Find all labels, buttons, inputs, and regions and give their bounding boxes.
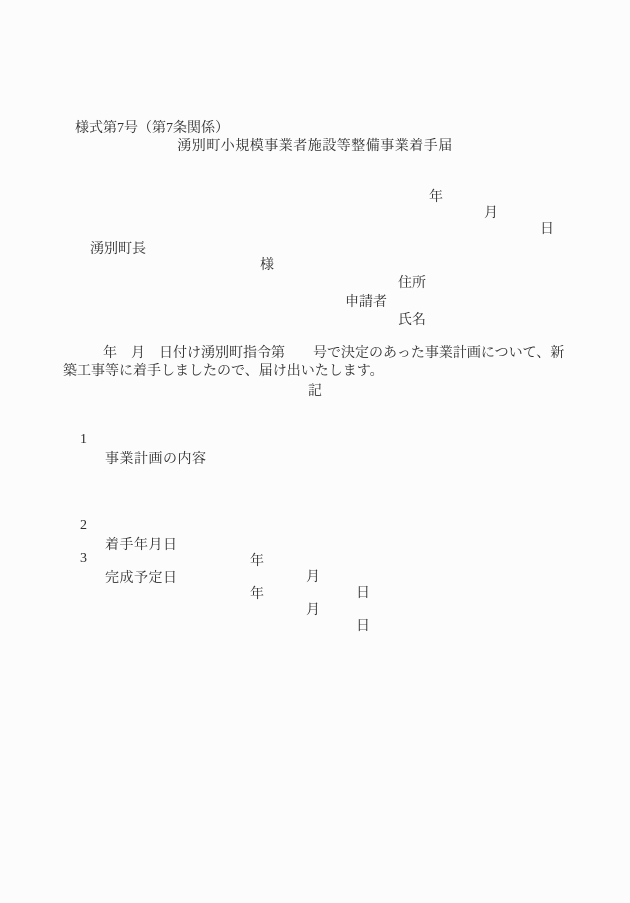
item-day-label: 日	[356, 615, 370, 635]
list-item-completion-date: 3 完成予定日 年 月 日	[0, 535, 630, 555]
form-number-line: 様式第7号（第7条関係）	[0, 101, 630, 121]
item-month-label: 月	[306, 599, 320, 619]
item-number: 3	[80, 551, 87, 567]
item-month-label: 月	[306, 566, 320, 586]
item-day-label: 日	[356, 582, 370, 602]
list-header: 記	[0, 380, 630, 400]
applicant-address-line: 住所	[0, 256, 630, 276]
document-page: 様式第7号（第7条関係） 湧別町小規模事業者施設等整備事業着手届 年 月 日 湧…	[0, 0, 630, 903]
addressee-name: 湧別町長	[90, 238, 146, 258]
date-blank-line: 年 月 日	[0, 170, 630, 190]
item-label: 完成予定日	[105, 567, 178, 587]
body-text-2: 築工事等に着手しましたので、届け出いたします。	[63, 360, 384, 380]
document-title: 湧別町小規模事業者施設等整備事業着手届	[0, 135, 630, 155]
form-number: 様式第7号（第7条関係）	[75, 117, 229, 137]
list-item-business-plan: 1 事業計画の内容	[0, 416, 630, 436]
date-year-label: 年	[429, 186, 443, 206]
applicant-line: 申請者	[0, 275, 630, 295]
body-paragraph-line-1: 年 月 日付け湧別町指令第 号で決定のあった事業計画について、新	[0, 326, 630, 346]
item-number: 1	[80, 432, 87, 448]
applicant-name-line: 氏名	[0, 293, 630, 313]
item-year-label: 年	[250, 583, 264, 603]
addressee-line: 湧別町長 様	[0, 222, 630, 242]
list-item-start-date: 2 着手年月日 年 月 日	[0, 502, 630, 522]
item-number: 2	[80, 518, 87, 534]
date-month-label: 月	[484, 202, 498, 222]
body-paragraph-line-2: 築工事等に着手しましたので、届け出いたします。	[0, 344, 630, 364]
item-label: 事業計画の内容	[105, 448, 207, 468]
